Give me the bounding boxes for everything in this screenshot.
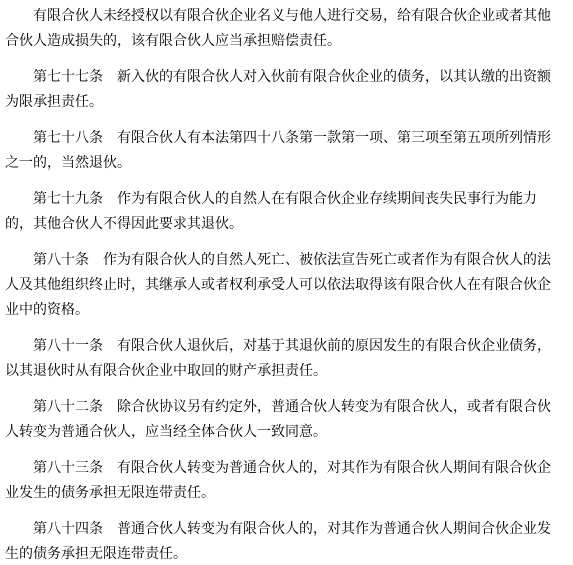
paragraph-article-77: 第七十七条 新入伙的有限合伙人对入伙前有限合伙企业的债务，以其认缴的出资额为限承… [5,65,564,115]
paragraph-article-81: 第八十一条 有限合伙人退伙后，对基于其退伙前的原因发生的有限合伙企业债务，以其退… [5,334,564,384]
law-document-page: 有限合伙人未经授权以有限合伙企业名义与他人进行交易，给有限合伙企业或者其他合伙人… [0,0,573,565]
paragraph-article-76-continuation: 有限合伙人未经授权以有限合伙企业名义与他人进行交易，给有限合伙企业或者其他合伙人… [5,4,564,54]
paragraph-article-78: 第七十八条 有限合伙人有本法第四十八条第一款第一项、第三项至第五项所列情形之一的… [5,126,564,176]
paragraph-article-80: 第八十条 作为有限合伙人的自然人死亡、被依法宣告死亡或者作为有限合伙人的法人及其… [5,248,564,323]
paragraph-article-84: 第八十四条 普通合伙人转变为有限合伙人的，对其作为普通合伙人期间合伙企业发生的债… [5,517,564,565]
paragraph-article-79: 第七十九条 作为有限合伙人的自然人在有限合伙企业存续期间丧失民事行为能力的，其他… [5,187,564,237]
paragraph-article-83: 第八十三条 有限合伙人转变为普通合伙人的，对其作为有限合伙人期间有限合伙企业发生… [5,456,564,506]
paragraph-article-82: 第八十二条 除合伙协议另有约定外，普通合伙人转变为有限合伙人，或者有限合伙人转变… [5,395,564,445]
